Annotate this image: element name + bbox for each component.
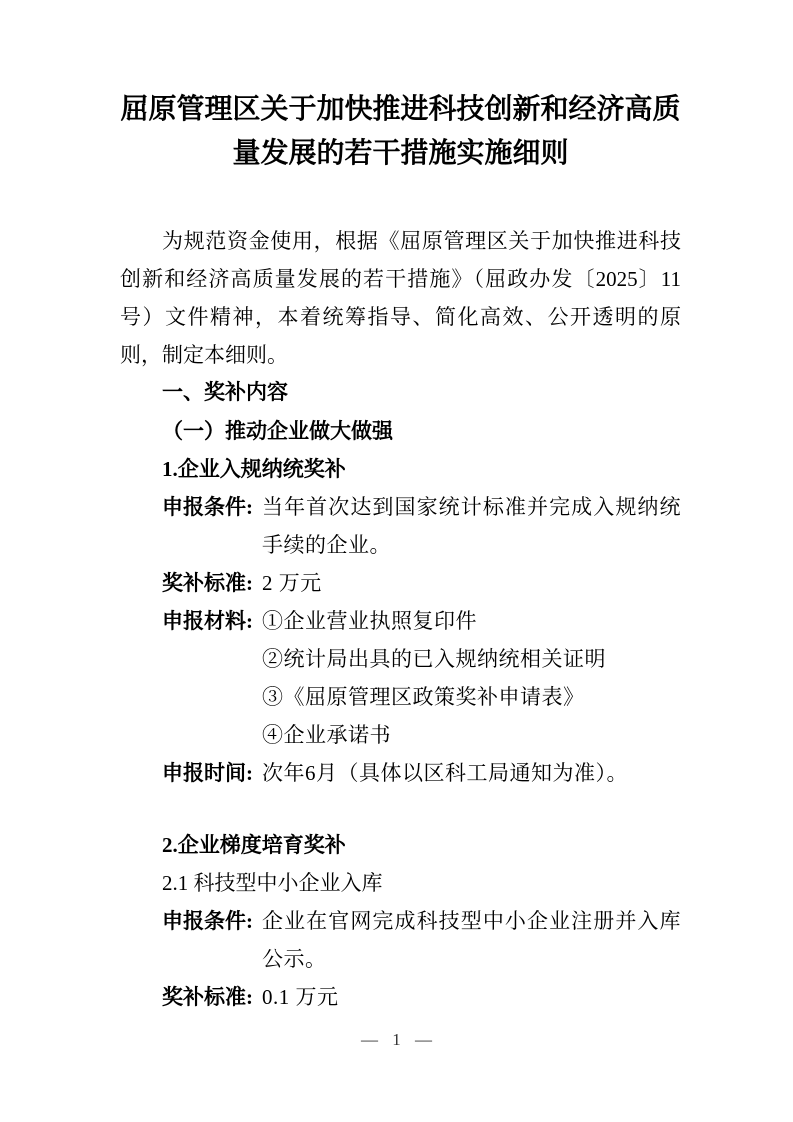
condition-label: 申报条件: bbox=[162, 488, 253, 526]
material-item-4: ④企业承诺书 bbox=[262, 716, 681, 754]
intro-paragraph: 为规范资金使用，根据《屈原管理区关于加快推进科技创新和经济高质量发展的若干措施》… bbox=[120, 222, 681, 374]
condition-value: 当年首次达到国家统计标准并完成入规纳统手续的企业。 bbox=[262, 488, 681, 564]
document-title-line2: 量发展的若干措施实施细则 bbox=[120, 132, 681, 176]
document-content: 屈原管理区关于加快推进科技创新和经济高质 量发展的若干措施实施细则 为规范资金使… bbox=[0, 0, 793, 1016]
material-item-2: ②统计局出具的已入规纳统相关证明 bbox=[262, 640, 681, 678]
condition-value: 企业在官网完成科技型中小企业注册并入库公示。 bbox=[262, 902, 681, 978]
item2-condition-row: 申报条件: 企业在官网完成科技型中小企业注册并入库公示。 bbox=[120, 902, 681, 978]
item2-block: 2.企业梯度培育奖补 2.1 科技型中小企业入库 申报条件: 企业在官网完成科技… bbox=[120, 826, 681, 1016]
item2-heading: 2.企业梯度培育奖补 bbox=[162, 826, 681, 864]
document-title-line1: 屈原管理区关于加快推进科技创新和经济高质 bbox=[120, 88, 681, 132]
material-item-3: ③《屈原管理区政策奖补申请表》 bbox=[262, 678, 681, 716]
item1-time-row: 申报时间: 次年6月（具体以区科工局通知为准）。 bbox=[120, 754, 681, 792]
material-item-1: ①企业营业执照复印件 bbox=[262, 602, 681, 640]
materials-list: ①企业营业执照复印件 ②统计局出具的已入规纳统相关证明 ③《屈原管理区政策奖补申… bbox=[262, 602, 681, 754]
item1-block: 1.企业入规纳统奖补 申报条件: 当年首次达到国家统计标准并完成入规纳统手续的企… bbox=[120, 450, 681, 792]
standard-label: 奖补标准: bbox=[162, 564, 253, 602]
item1-condition-row: 申报条件: 当年首次达到国家统计标准并完成入规纳统手续的企业。 bbox=[120, 488, 681, 564]
time-value: 次年6月（具体以区科工局通知为准）。 bbox=[262, 754, 681, 792]
subsection-heading: （一）推动企业做大做强 bbox=[162, 412, 681, 450]
item1-heading: 1.企业入规纳统奖补 bbox=[162, 450, 681, 488]
document-title: 屈原管理区关于加快推进科技创新和经济高质 量发展的若干措施实施细则 bbox=[120, 88, 681, 176]
time-label: 申报时间: bbox=[162, 754, 253, 792]
materials-label: 申报材料: bbox=[162, 602, 253, 640]
item1-materials-row: 申报材料: ①企业营业执照复印件 ②统计局出具的已入规纳统相关证明 ③《屈原管理… bbox=[120, 602, 681, 754]
item1-standard-row: 奖补标准: 2 万元 bbox=[120, 564, 681, 602]
item2-standard-row: 奖补标准: 0.1 万元 bbox=[120, 978, 681, 1016]
standard-value: 2 万元 bbox=[262, 564, 681, 602]
standard-value: 0.1 万元 bbox=[262, 978, 681, 1016]
page-number: — 1 — bbox=[0, 1030, 793, 1050]
document-body: 为规范资金使用，根据《屈原管理区关于加快推进科技创新和经济高质量发展的若干措施》… bbox=[120, 222, 681, 1016]
standard-label: 奖补标准: bbox=[162, 978, 253, 1016]
section-heading: 一、奖补内容 bbox=[162, 374, 681, 412]
condition-label: 申报条件: bbox=[162, 902, 253, 940]
item2-subheading: 2.1 科技型中小企业入库 bbox=[162, 864, 681, 902]
document-page: 屈原管理区关于加快推进科技创新和经济高质 量发展的若干措施实施细则 为规范资金使… bbox=[0, 0, 793, 1122]
